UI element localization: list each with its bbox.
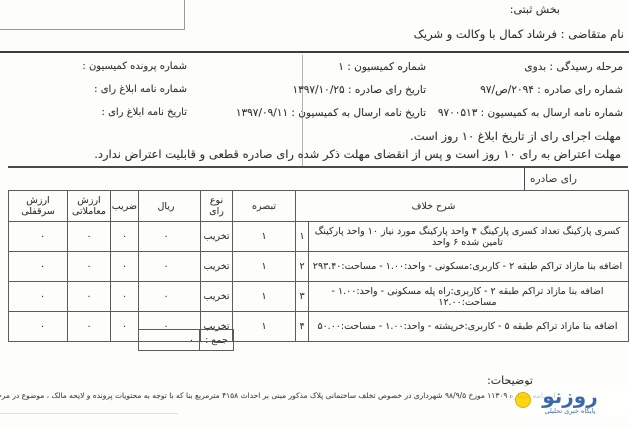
table-row: اضافه بنا مازاد تراکم طبقه ۵ - کاربری:خر… [9, 312, 629, 342]
column-header-transaction-value: ارزش معاملاتی [68, 191, 111, 222]
sun-icon [515, 392, 531, 408]
roozno-watermark: روزنو پایگاه خبری تحلیلی [511, 385, 629, 427]
rial-value: ۰ [139, 222, 201, 252]
vote-type-value: تخریب [201, 222, 233, 252]
header-rule [0, 51, 629, 53]
violation-desc: اضافه بنا مازاد تراکم طبقه ۲ - کاربری:را… [309, 282, 629, 312]
table-header-row: شرح خلاف تبصره نوع رای ریال ضریب ارزش مع… [9, 191, 629, 222]
row-number: ۱ [296, 222, 309, 252]
field-verdict-number: شماره رای صادره : ۲۰۹۴/ص/۹۷ [480, 84, 623, 96]
goodwill-value: ۰ [9, 252, 68, 282]
sum-label: جمع : [199, 330, 233, 350]
roozno-tagline: پایگاه خبری تحلیلی [513, 407, 627, 416]
vote-type-value: تخریب [201, 282, 233, 312]
field-commission-number: شماره کمیسیون : ۱ [338, 61, 426, 73]
column-header-tabsereh: تبصره [233, 191, 296, 222]
transaction-value: ۰ [68, 222, 111, 252]
table-row: کسری پارکینگ تعداد کسری پارکینگ ۴ واحد پ… [9, 222, 629, 252]
table-row: اضافه بنا مازاد تراکم طبقه ۲ - کاربری:را… [9, 282, 629, 312]
execution-deadline-text: مهلت اجرای رای از تاریخ ابلاغ ۱۰ روز است… [410, 129, 621, 143]
field-notice-letter-date: تاریخ نامه ابلاغ رای : [102, 107, 187, 118]
scan-bottom-edge [0, 413, 178, 414]
rial-value: ۰ [139, 282, 201, 312]
registry-section-label: بخش ثبتی: [510, 3, 560, 16]
goodwill-value: ۰ [9, 282, 68, 312]
violation-desc: کسری پارکینگ تعداد کسری پارکینگ ۴ واحد پ… [309, 222, 629, 252]
violation-desc: اضافه بنا مازاد تراکم طبقه ۵ - کاربری:خر… [309, 312, 629, 342]
column-header-rial: ریال [139, 191, 201, 222]
column-header-vote-type: نوع رای [201, 191, 233, 222]
tabsereh-value: ۱ [233, 282, 296, 312]
transaction-value: ۰ [68, 252, 111, 282]
row-number: ۳ [296, 282, 309, 312]
sum-row: جمع : ۰ [138, 329, 234, 351]
field-letter-to-commission-date: تاریخ نامه ارسال به کمیسیون : ۱۳۹۷/۰۹/۱۱ [236, 107, 426, 119]
violation-desc: اضافه بنا مازاد تراکم طبقه ۲ - کاربری:مس… [309, 252, 629, 282]
top-left-empty-box [0, 0, 185, 30]
goodwill-value: ۰ [9, 312, 68, 342]
table-row: اضافه بنا مازاد تراکم طبقه ۲ - کاربری:مس… [9, 252, 629, 282]
vote-type-value: تخریب [201, 252, 233, 282]
sum-value: ۰ [139, 330, 199, 350]
field-verdict-date: تاریخ رای صادره : ۱۳۹۷/۱۰/۲۵ [292, 84, 426, 96]
column-header-violation-desc: شرح خلاف [296, 191, 629, 222]
field-review-stage: مرحله رسیدگی : بدوی [524, 61, 623, 73]
transaction-value: ۰ [68, 282, 111, 312]
goodwill-value: ۰ [9, 222, 68, 252]
verdict-section-label: رای صادره [524, 167, 628, 190]
rial-value: ۰ [139, 252, 201, 282]
column-header-goodwill-value: ارزش سرقفلی [9, 191, 68, 222]
coefficient-value: ۰ [111, 252, 139, 282]
field-notice-letter-number: شماره نامه ابلاغ رای : [94, 84, 187, 95]
row-number: ۴ [296, 312, 309, 342]
coefficient-value: ۰ [111, 282, 139, 312]
scanned-verdict-document: بخش ثبتی: نام متقاضی : فرشاد کمال با وکا… [0, 0, 629, 428]
applicant-name: نام متقاضی : فرشاد کمال با وکالت و شریک [414, 27, 624, 41]
tabsereh-value: ۱ [233, 252, 296, 282]
tabsereh-value: ۱ [233, 222, 296, 252]
coefficient-value: ۰ [111, 222, 139, 252]
field-commission-case-number: شماره پرونده کمیسیون : [82, 61, 187, 72]
transaction-value: ۰ [68, 312, 111, 342]
tabsereh-value: ۱ [233, 312, 296, 342]
coefficient-value: ۰ [111, 312, 139, 342]
column-header-coefficient: ضریب [111, 191, 139, 222]
field-letter-to-commission-number: شماره نامه ارسال به کمیسیون : ۹۷۰۰۵۱۳ [438, 107, 623, 119]
notes-text: برابر نامه شماره ۱۱۳۰۹ مورخ ۹۸/۹/۵ شهردا… [0, 391, 562, 400]
objection-deadline-text: مهلت اعتراض به رای ۱۰ روز است و پس از ان… [94, 147, 621, 161]
row-number: ۲ [296, 252, 309, 282]
violations-table: شرح خلاف تبصره نوع رای ریال ضریب ارزش مع… [8, 190, 629, 342]
